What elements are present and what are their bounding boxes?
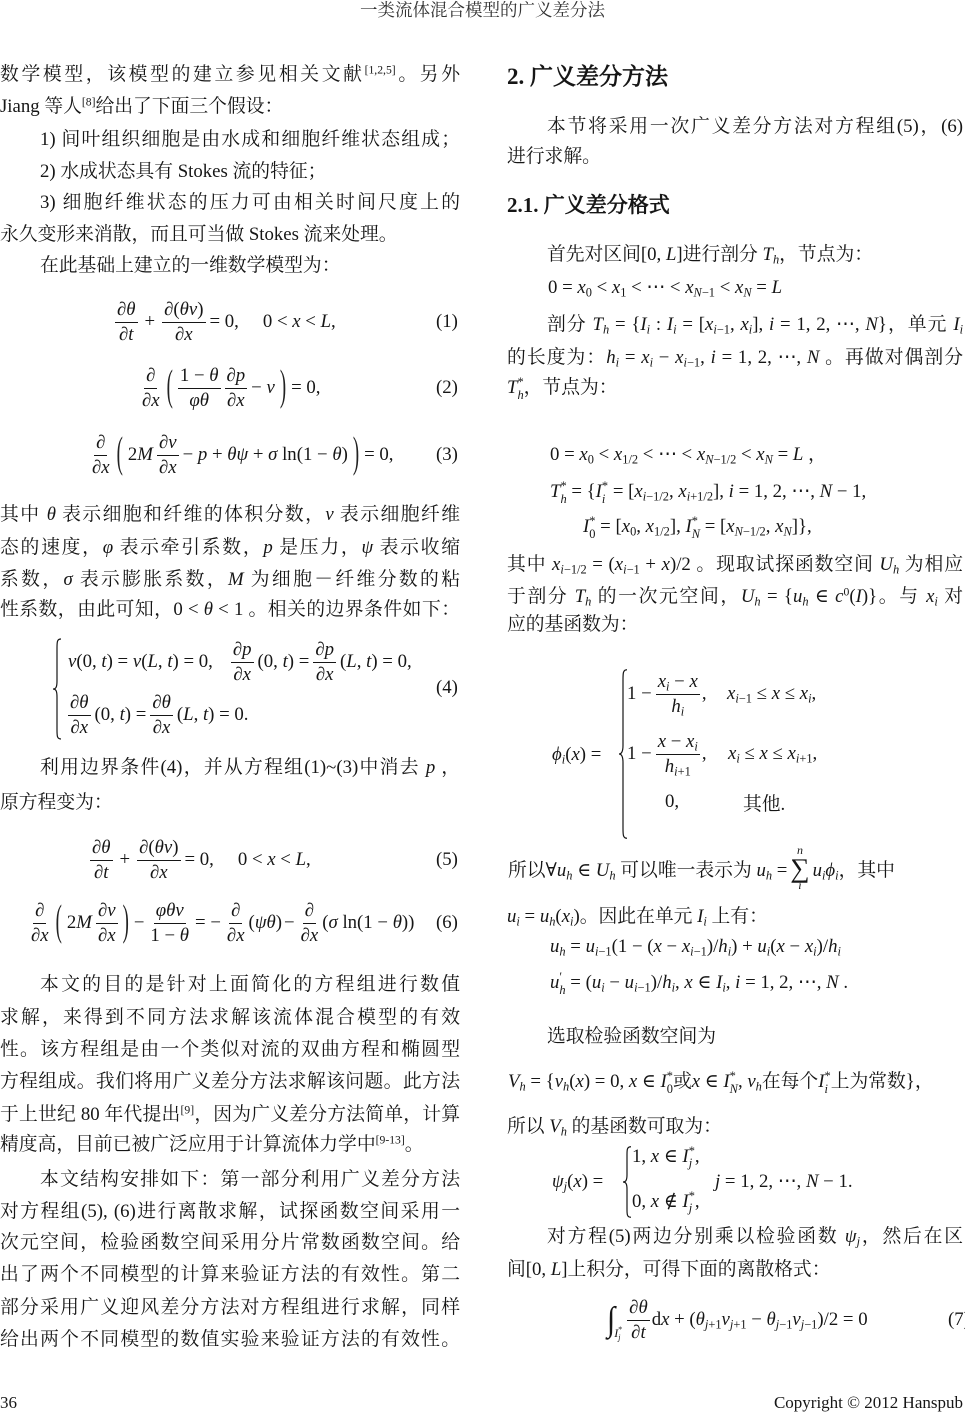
math-symbol: x: [684, 972, 692, 993]
equation-2: ∂ ∂x ( 1 − θ φθ ∂p ∂x − v ) = 0,: [138, 360, 322, 416]
math-symbol: v: [792, 1309, 800, 1330]
math-symbol: i: [722, 981, 725, 995]
math-symbol: x: [292, 311, 300, 332]
math-symbol: i: [634, 981, 637, 995]
math-symbol: x: [658, 731, 666, 752]
math-symbol: L: [321, 311, 331, 332]
left-paren: (: [56, 898, 62, 949]
math-symbol: i: [623, 563, 626, 577]
math-symbol: L: [793, 444, 803, 465]
math-symbol: i: [601, 981, 604, 995]
math-symbol: i: [570, 915, 573, 929]
assumption-item: 3) 细胞纤维状态的压力可由相关时间尺度上的: [0, 189, 460, 217]
math-symbol: v: [747, 1071, 755, 1092]
equation-term: 2M: [67, 912, 92, 934]
math-symbol: M: [76, 912, 92, 933]
math-symbol: u: [756, 860, 765, 881]
subscript: h: [559, 945, 565, 959]
math-symbol: c: [835, 586, 843, 607]
math-symbol: i: [595, 945, 598, 959]
math-symbol: i: [616, 356, 619, 370]
unique-representation-line: 所以∀uh ∈ Uh 可以唯一表示为 uh = n ∑ i uiϕi，其中: [508, 844, 895, 892]
math-symbol: x: [726, 516, 734, 537]
math-symbol: θ: [696, 1309, 705, 1330]
math-symbol: i: [735, 692, 738, 706]
numerator: ∂: [33, 899, 46, 924]
math-symbol: φ: [156, 900, 166, 921]
case-condition-3: 其他.: [743, 788, 785, 816]
paragraph-line: ui = uh(xi)。因此在单元 Ii 上有：: [507, 903, 963, 931]
fraction: ∂θ ∂t: [627, 1296, 650, 1345]
math-symbol: i: [736, 752, 739, 766]
math-symbol: i: [681, 704, 684, 718]
equation-term: ,: [702, 683, 707, 705]
paragraph-line: 对方程(5)两边分别乘以检验函数 ψj，然后在区: [507, 1223, 963, 1251]
math-symbol: h: [585, 595, 591, 609]
equation-term: v(0, t) = v(L, t) = 0,: [68, 651, 213, 673]
math-symbol: x: [800, 683, 808, 704]
subscript: h: [893, 563, 899, 577]
math-symbol: L: [296, 849, 306, 870]
equation-term: 1 −: [627, 743, 652, 765]
math-symbol: x: [641, 347, 649, 368]
math-symbol: h: [566, 868, 572, 882]
math-symbol: h: [802, 595, 808, 609]
section-heading: 2. 广义差分方法: [507, 60, 963, 94]
sub-superscript: *i: [602, 480, 608, 505]
math-symbol: θ: [126, 299, 135, 320]
math-symbol: V: [549, 1116, 560, 1137]
subscript: h: [563, 1080, 569, 1094]
equation-term: (L, t) = 0.: [177, 704, 249, 726]
paragraph-line: 本节将采用一次广义差分方法对方程组(5)，(6): [507, 113, 963, 141]
denominator: ∂t: [629, 1321, 648, 1345]
formula-line: T*h = {I*i = [xi−1/2, xi+1/2], i = 1, 2,…: [507, 478, 963, 506]
sum-index: i: [798, 879, 801, 892]
equation-condition: 0 < x < L,: [263, 311, 336, 333]
math-symbol: p: [325, 639, 334, 660]
subscript: j−1: [776, 1318, 793, 1332]
math-symbol: j: [730, 1318, 733, 1332]
math-symbol: x: [692, 1071, 700, 1092]
equation-number: (3): [436, 441, 458, 469]
upright-text: Stokes: [249, 224, 299, 245]
operator: +: [145, 311, 156, 333]
math-symbol: p: [236, 365, 245, 386]
upright-text: ln: [342, 912, 357, 933]
math-symbol: i: [798, 878, 801, 892]
math-symbol: θ: [204, 599, 213, 620]
partition-nodes-formula: 0 = x0 < x1 < ⋯ < xN−1 < xN = L: [507, 274, 963, 302]
math-symbol: L: [346, 651, 356, 672]
numerator: ∂(θv): [162, 298, 205, 323]
math-symbol: u: [592, 972, 601, 993]
integral-icon: ∫: [607, 1297, 615, 1343]
paragraph-line: 于剖分 Th 的一次元空间，Uh = {uh ∈ c0(I)}。与 xi 对: [507, 583, 963, 611]
math-symbol: i: [711, 347, 716, 368]
equation-rhs: = 0,: [291, 377, 320, 399]
left-brace-icon: [622, 1146, 632, 1218]
paragraph-line: 部分采用广义迎风差分方法对方程组进行求解，同样: [0, 1294, 460, 1322]
left-paren: (: [167, 363, 173, 414]
subscript: i: [650, 356, 653, 370]
formula-line: I*0 = [x0, x1/2], I*N = [xN−1/2, xN]},: [507, 513, 963, 541]
sub-superscript: *j: [689, 1190, 695, 1215]
fraction: ∂v ∂x: [157, 431, 179, 480]
math-symbol: N: [820, 481, 833, 502]
numerator: ∂θ: [115, 298, 138, 323]
math-symbol: t: [203, 704, 208, 725]
math-symbol: θ: [166, 900, 175, 921]
paragraph-line: 应的基函数为：: [507, 611, 963, 639]
math-symbol: i: [602, 492, 605, 506]
math-symbol: N: [735, 525, 743, 539]
subsection-heading: 2.1. 广义差分格式: [507, 189, 963, 221]
test-space-definition: Vh = {vh(x) = 0, x ∈ I*0或x ∈ I*N, vh在每个I…: [507, 1068, 963, 1096]
sigma-icon: ∑: [790, 857, 809, 879]
math-symbol: N: [783, 525, 791, 539]
math-symbol: x: [236, 390, 244, 411]
math-symbol: u: [550, 972, 559, 993]
paragraph-line: 态的速度，φ 表示牵引系数，p 是压力，ψ 表示收缩: [0, 534, 460, 562]
math-symbol: v: [325, 504, 333, 525]
numerator: ∂: [229, 899, 242, 924]
math-symbol: I: [856, 586, 862, 607]
basis-function-lhs: ϕi(x) =: [552, 741, 601, 769]
math-symbol: p: [426, 757, 435, 778]
math-symbol: i: [808, 692, 811, 706]
math-symbol: t: [120, 704, 125, 725]
math-symbol: x: [777, 936, 785, 957]
formula-line: 0 = x0 < x1/2 < ⋯ < xN−1/2 < xN = L ，: [507, 441, 963, 469]
math-symbol: L: [183, 704, 193, 725]
subscript: j: [857, 1235, 860, 1249]
equation-term: (L, t) = 0,: [340, 651, 412, 673]
equation-term: (0, t) =: [95, 704, 147, 726]
math-symbol: v: [164, 837, 172, 858]
equation-term: (0, t) =: [258, 651, 310, 673]
math-symbol: i: [690, 945, 693, 959]
upright-text: d: [652, 1309, 661, 1330]
equation-condition: 0 < x < L,: [238, 849, 311, 871]
subscript: h: [519, 1080, 525, 1094]
sub-superscript: ′h: [559, 971, 565, 996]
math-symbol: t: [167, 651, 172, 672]
equation-3: ∂ ∂x ( 2M ∂v ∂x − p + θψ + σ ln(1 − θ) )…: [88, 427, 395, 483]
math-symbol: u: [586, 936, 595, 957]
math-symbol: ψ: [255, 912, 267, 933]
paragraph-line: 进行求解。: [507, 143, 963, 171]
subscript: i: [647, 323, 650, 337]
math-symbol: i: [703, 915, 706, 929]
numerator: xi − x: [656, 670, 700, 695]
summation: n ∑ i: [790, 844, 809, 892]
subscript: j+1: [730, 1318, 747, 1332]
case-row-3: 0,: [665, 788, 679, 816]
subscript: i: [570, 915, 573, 929]
sub-superscript: *h: [517, 376, 523, 401]
math-symbol: N: [865, 314, 878, 335]
math-symbol: x: [612, 277, 620, 298]
fraction: ∂(θv) ∂x: [162, 298, 205, 347]
paragraph-line: 性。该方程组是由一个类似对流的双曲方程和椭圆型: [0, 1036, 460, 1064]
fraction: ∂p ∂x: [313, 638, 336, 687]
paragraph-line: 系数，σ 表示膨胀系数，M 为细胞－纤维分数的粘: [0, 566, 460, 594]
subscript: h: [566, 868, 572, 882]
subscript: h: [603, 323, 609, 337]
paragraph-line: 其中 θ 表示细胞和纤维的体积分数，v 表示细胞纤维: [0, 501, 460, 529]
math-symbol: u: [793, 586, 802, 607]
subscript: i+1: [796, 752, 813, 766]
denominator: ∂x: [225, 924, 247, 948]
math-symbol: h: [560, 492, 566, 506]
operator: = −: [195, 912, 221, 934]
equation-number: (7): [948, 1306, 965, 1334]
math-symbol: x: [654, 936, 662, 957]
sub-superscript: *j: [618, 1326, 622, 1342]
math-symbol: θ: [162, 692, 171, 713]
subscript: i: [767, 945, 770, 959]
math-symbol: θ: [47, 504, 56, 525]
math-symbol: x: [760, 743, 768, 764]
paragraph-line: 对方程组(5), (6)进行离散求解，试探函数空间采用一: [0, 1198, 460, 1226]
right-paren: ): [353, 430, 359, 481]
denominator: ∂x: [140, 389, 162, 413]
fraction: 1 − θ φθ: [178, 364, 221, 413]
equation-rhs: = 0,: [185, 849, 214, 871]
sub-superscript: *0: [589, 515, 595, 540]
fraction: ∂θ ∂t: [90, 836, 113, 885]
paragraph-line: 的长度为：hi = xi − xi−1, i = 1, 2, ⋯, N 。再做对…: [507, 344, 963, 372]
superscript: [8]: [82, 96, 96, 109]
math-symbol: ψ: [361, 537, 373, 558]
math-symbol: i: [729, 481, 734, 502]
math-symbol: x: [662, 554, 670, 575]
math-symbol: x: [646, 516, 654, 537]
math-symbol: i: [735, 972, 740, 993]
math-symbol: L: [551, 1259, 561, 1280]
subscript: i: [694, 739, 697, 753]
math-symbol: θ: [767, 1309, 776, 1330]
derivative-operator: ∂ ∂x: [140, 364, 162, 413]
assumption-item-continued: 永久变形来消散，而且可当做 Stokes 流来处理。: [0, 221, 460, 249]
subscript: h: [756, 1080, 762, 1094]
paragraph-line: 出了两个不同模型的计算来验证方法的有效性。第二: [0, 1261, 460, 1289]
math-symbol: x: [772, 683, 780, 704]
math-symbol: N: [806, 1171, 819, 1192]
equation-term: ,: [702, 743, 707, 765]
operator: +: [120, 849, 131, 871]
math-symbol: h: [893, 563, 899, 577]
formula-line: u′h = (ui − ui−1)/hi, x ∈ Ii, i = 1, 2, …: [507, 969, 963, 997]
math-symbol: j: [857, 1235, 860, 1249]
fraction: ∂θ ∂t: [115, 298, 138, 347]
math-symbol: v: [189, 299, 197, 320]
sub-superscript: *0: [667, 1070, 673, 1095]
math-symbol: i: [796, 752, 799, 766]
math-symbol: i: [960, 323, 963, 337]
numerator: ∂θ: [68, 691, 91, 716]
math-symbol: x: [788, 743, 796, 764]
math-symbol: i: [683, 356, 686, 370]
math-symbol: j: [689, 1201, 692, 1215]
math-symbol: j: [715, 1171, 720, 1192]
case-row-2: 1 − x − xi hi+1 ,: [625, 728, 707, 780]
math-symbol: σ: [268, 444, 277, 465]
math-symbol: x: [159, 862, 167, 883]
math-symbol: h: [549, 915, 555, 929]
math-symbol: x: [689, 671, 697, 692]
operator: −: [134, 912, 145, 934]
equation-number: (2): [436, 374, 458, 402]
paragraph-line: 于上世纪 80 年代提出[9]，因为广义差分方法简单，计算: [0, 1101, 460, 1129]
math-symbol: i: [934, 595, 937, 609]
math-symbol: θ: [180, 299, 189, 320]
math-symbol: x: [562, 906, 570, 927]
paragraph-line: 数学模型，该模型的建立参见相关文献[1,2,5]。另外: [0, 61, 460, 89]
paragraph-line: 原方程变为：: [0, 789, 460, 817]
subscript: i: [666, 679, 669, 693]
math-symbol: v: [175, 900, 183, 921]
math-symbol: x: [697, 444, 705, 465]
math-symbol: h: [754, 595, 760, 609]
denominator: φθ: [187, 389, 211, 413]
denominator: ∂x: [151, 716, 173, 740]
math-symbol: h: [559, 945, 565, 959]
denominator: 1 − θ: [148, 924, 191, 948]
equation-number: (4): [436, 674, 458, 702]
math-symbol: u: [507, 906, 516, 927]
equation-term: − v: [251, 377, 275, 399]
equation-term: 其他.: [743, 789, 785, 816]
equation-term: 1 −: [627, 683, 652, 705]
page-number: 36: [0, 1391, 460, 1414]
math-symbol: i: [643, 490, 646, 504]
math-symbol: x: [579, 444, 587, 465]
subscript: i: [722, 981, 725, 995]
subscript: i: [562, 753, 565, 767]
fraction: x − xi hi+1: [656, 730, 700, 779]
math-symbol: x: [40, 925, 48, 946]
math-symbol: θ: [393, 912, 402, 933]
math-symbol: θ: [638, 1297, 647, 1318]
fraction: ∂v ∂x: [96, 899, 118, 948]
assumption-item: 2) 水成状态具有 Stokes 流的特征；: [0, 158, 460, 186]
math-symbol: i: [813, 945, 816, 959]
numerator: ∂v: [96, 899, 118, 924]
subscript: i: [681, 704, 684, 718]
math-symbol: x: [267, 849, 275, 870]
copyright-notice: Copyright © 2012 Hanspub: [507, 1391, 963, 1414]
paragraph-line: 精度高，目前已被广泛应用于计算流体力学中[9-13]。: [0, 1131, 460, 1159]
math-symbol: v: [722, 1309, 730, 1330]
math-symbol: θ: [200, 390, 209, 411]
math-symbol: φ: [103, 537, 113, 558]
equation-term: 1, x ∈ I*j,: [632, 1145, 700, 1170]
subscript: 0: [630, 525, 636, 539]
subscript: 1/2: [654, 525, 670, 539]
math-symbol: h: [609, 868, 615, 882]
math-symbol: h: [665, 756, 674, 777]
test-basis-lhs: ψj(x) =: [552, 1168, 603, 1196]
equation-term: (ψθ): [249, 912, 282, 934]
fraction: ∂p ∂x: [225, 364, 248, 413]
math-symbol: x: [629, 1071, 637, 1092]
paragraph-line: 首先对区间[0, L]进行剖分 Th，节点为：: [507, 241, 963, 269]
math-symbol: j: [705, 1318, 708, 1332]
subscript: i: [673, 323, 676, 337]
numerator: ∂θ: [627, 1296, 650, 1321]
fraction: ∂p ∂x: [231, 638, 254, 687]
model-intro-text: 在此基础上建立的一维数学模型为：: [0, 252, 460, 280]
fraction: ∂(θv) ∂x: [137, 836, 180, 885]
denominator: ∂x: [29, 924, 51, 948]
math-symbol: h: [519, 1080, 525, 1094]
derivative-operator: ∂ ∂x: [90, 431, 112, 480]
math-symbol: t: [640, 1322, 645, 1343]
math-symbol: h: [828, 936, 837, 957]
math-symbol: T: [507, 377, 517, 398]
case-condition-1: xi−1 ≤ x ≤ xi,: [727, 680, 816, 708]
superscript: 0: [844, 586, 850, 599]
equation-rhs: = 0,: [364, 444, 393, 466]
math-symbol: h: [671, 696, 680, 717]
math-symbol: x: [101, 457, 109, 478]
equation-7: ∫ I*j ∂θ ∂t dx + (θj+1vj+1 − θj−1vj−1)/2…: [607, 1292, 868, 1348]
math-symbol: i: [666, 679, 669, 693]
case-row-1: 1 − xi − x hi ,: [625, 668, 707, 720]
denominator: ∂x: [96, 924, 118, 948]
subscript: j: [564, 1180, 567, 1194]
math-symbol: U: [596, 860, 610, 881]
subscript: i: [835, 868, 838, 882]
equation-number: (5): [436, 846, 458, 874]
math-symbol: x: [325, 664, 333, 685]
subscript: h: [754, 595, 760, 609]
text-run: uiϕi，其中: [813, 855, 895, 882]
right-paren: ): [123, 898, 129, 949]
math-symbol: u: [550, 936, 559, 957]
math-symbol: ψ: [845, 1226, 857, 1247]
math-symbol: u: [757, 936, 766, 957]
paragraph-line: 性系数，由此可知，0 < θ < 1 。相关的边界条件如下：: [0, 596, 460, 624]
right-column: 2. 广义差分方法 本节将采用一次广义差分方法对方程组(5)，(6) 进行求解。…: [507, 0, 963, 1414]
numerator: ∂p: [231, 638, 254, 663]
denominator: ∂x: [173, 323, 195, 347]
equation-number: (6): [436, 909, 458, 937]
superscript: [1,2,5]: [365, 64, 396, 77]
paragraph-line: 选取检验函数空间为: [507, 1023, 963, 1051]
math-symbol: j: [801, 1318, 804, 1332]
math-symbol: u: [813, 860, 822, 881]
subscript: N: [783, 525, 791, 539]
math-symbol: u: [557, 860, 566, 881]
numerator: ∂: [303, 899, 316, 924]
math-symbol: t: [283, 651, 288, 672]
math-symbol: θ: [266, 912, 275, 933]
math-symbol: x: [614, 444, 622, 465]
equation-term: 0, x ∉ I*j,: [632, 1190, 700, 1215]
subscript: j+1: [705, 1318, 722, 1332]
denominator: ∂t: [92, 861, 111, 885]
math-symbol: i: [767, 945, 770, 959]
math-symbol: x: [310, 925, 318, 946]
math-symbol: σ: [64, 569, 73, 590]
subscript: h: [561, 1125, 567, 1139]
math-symbol: U: [879, 554, 893, 575]
math-symbol: x: [577, 277, 585, 298]
math-symbol: v: [555, 1071, 563, 1092]
